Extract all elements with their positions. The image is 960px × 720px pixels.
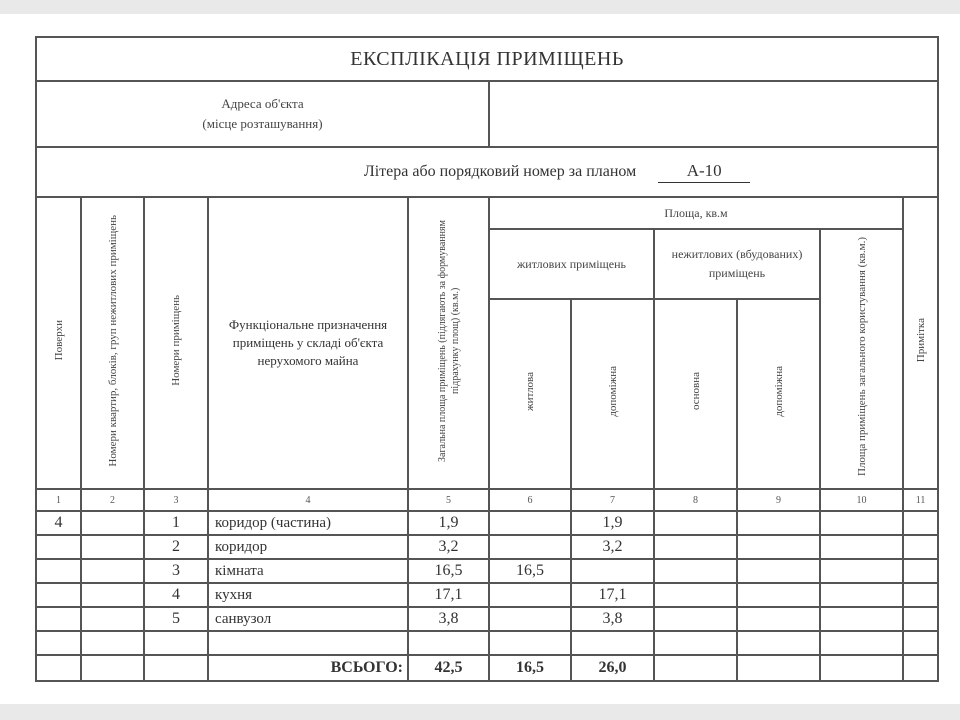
cell-common [820,583,903,607]
cell-floor [36,535,81,559]
cell-total: 3,2 [408,535,489,559]
cell-note [903,631,938,655]
address-label-line2: (місце розташування) [37,114,488,134]
header-total-area: Загальна площа приміщень (підлягають за … [408,197,489,489]
header-note: Примітка [903,197,938,489]
cell-name: кімната [208,559,408,583]
cell-aux-nonres [737,535,820,559]
cell-living: 16,5 [489,559,571,583]
cell-unit [81,559,144,583]
header-common-area: Площа приміщень загального користування … [820,229,903,489]
cell-living [489,631,571,655]
col-number: 1 [36,489,81,511]
cell-main-nonres [654,607,737,631]
totals-note [903,655,938,681]
cell-aux-nonres [737,559,820,583]
cell-aux-nonres [737,607,820,631]
cell-unit [81,511,144,535]
cell-common [820,607,903,631]
cell-note [903,511,938,535]
cell-empty [144,655,208,681]
cell-aux-res: 17,1 [571,583,654,607]
cell-living [489,535,571,559]
cell-note [903,559,938,583]
col-number: 10 [820,489,903,511]
cell-aux-nonres [737,631,820,655]
litera-label: Літера або порядковий номер за планом [364,163,636,180]
table-row: 4 кухня 17,1 17,1 [36,583,938,607]
cell-floor [36,583,81,607]
cell-note [903,583,938,607]
document-title: ЕКСПЛІКАЦІЯ ПРИМІЩЕНЬ [36,37,938,81]
header-residential-group: житлових приміщень [489,229,654,299]
header-aux-residential: допоміжна [571,299,654,489]
cell-floor [36,559,81,583]
cell-room: 3 [144,559,208,583]
totals-common [820,655,903,681]
cell-common [820,631,903,655]
cell-main-nonres [654,559,737,583]
col-number: 5 [408,489,489,511]
cell-note [903,607,938,631]
cell-unit [81,631,144,655]
table-row [36,631,938,655]
table-row: 4 1 коридор (частина) 1,9 1,9 [36,511,938,535]
col-number: 6 [489,489,571,511]
cell-living [489,511,571,535]
header-room-numbers: Номери приміщень [144,197,208,489]
cell-room: 5 [144,607,208,631]
cell-unit [81,607,144,631]
table-row: 3 кімната 16,5 16,5 [36,559,938,583]
top-margin-band [0,0,960,14]
header-function: Функціональне призначення приміщень у ск… [208,197,408,489]
cell-main-nonres [654,511,737,535]
col-number: 2 [81,489,144,511]
cell-empty [81,655,144,681]
table-row: 5 санвузол 3,8 3,8 [36,607,938,631]
cell-name [208,631,408,655]
address-label-line1: Адреса об'єкта [37,94,488,114]
col-number: 9 [737,489,820,511]
cell-aux-res [571,559,654,583]
cell-unit [81,583,144,607]
cell-main-nonres [654,583,737,607]
totals-aux-res: 26,0 [571,655,654,681]
address-label: Адреса об'єкта (місце розташування) [36,81,489,147]
cell-aux-nonres [737,583,820,607]
cell-floor: 4 [36,511,81,535]
cell-empty [36,655,81,681]
cell-living [489,583,571,607]
cell-main-nonres [654,631,737,655]
address-value [489,81,938,147]
cell-main-nonres [654,535,737,559]
cell-total: 3,8 [408,607,489,631]
cell-note [903,535,938,559]
cell-name: санвузол [208,607,408,631]
cell-room: 1 [144,511,208,535]
col-number: 11 [903,489,938,511]
cell-total: 16,5 [408,559,489,583]
totals-main-nonres [654,655,737,681]
cell-room: 2 [144,535,208,559]
header-floors: Поверхи [36,197,81,489]
cell-room: 4 [144,583,208,607]
cell-name: кухня [208,583,408,607]
cell-common [820,535,903,559]
header-living: житлова [489,299,571,489]
cell-living [489,607,571,631]
col-number: 7 [571,489,654,511]
cell-unit [81,535,144,559]
header-aux-nonresidential: допоміжна [737,299,820,489]
col-number: 3 [144,489,208,511]
cell-name: коридор [208,535,408,559]
cell-aux-nonres [737,511,820,535]
cell-common [820,511,903,535]
totals-row: ВСЬОГО: 42,5 16,5 26,0 [36,655,938,681]
cell-total: 1,9 [408,511,489,535]
col-number: 8 [654,489,737,511]
col-number: 4 [208,489,408,511]
explication-sheet: ЕКСПЛІКАЦІЯ ПРИМІЩЕНЬ Адреса об'єкта (мі… [35,36,937,702]
header-area-group: Площа, кв.м [489,197,903,229]
totals-total: 42,5 [408,655,489,681]
header-main-nonresidential: основна [654,299,737,489]
cell-floor [36,631,81,655]
totals-living: 16,5 [489,655,571,681]
bottom-margin-band [0,704,960,720]
litera-row: Літера або порядковий номер за планом А-… [36,147,938,197]
totals-label: ВСЬОГО: [208,655,408,681]
cell-aux-res [571,631,654,655]
cell-aux-res: 3,8 [571,607,654,631]
cell-total [408,631,489,655]
totals-aux-nonres [737,655,820,681]
cell-name: коридор (частина) [208,511,408,535]
cell-floor [36,607,81,631]
header-nonresidential-group: нежитлових (вбудованих) приміщень [654,229,820,299]
cell-aux-res: 1,9 [571,511,654,535]
explication-table: ЕКСПЛІКАЦІЯ ПРИМІЩЕНЬ Адреса об'єкта (мі… [35,36,939,682]
table-row: 2 коридор 3,2 3,2 [36,535,938,559]
litera-value: А-10 [658,161,750,183]
header-units: Номери квартир, блоків, груп нежитлових … [81,197,144,489]
cell-aux-res: 3,2 [571,535,654,559]
column-number-row: 1 2 3 4 5 6 7 8 9 10 11 [36,489,938,511]
cell-room [144,631,208,655]
cell-common [820,559,903,583]
cell-total: 17,1 [408,583,489,607]
